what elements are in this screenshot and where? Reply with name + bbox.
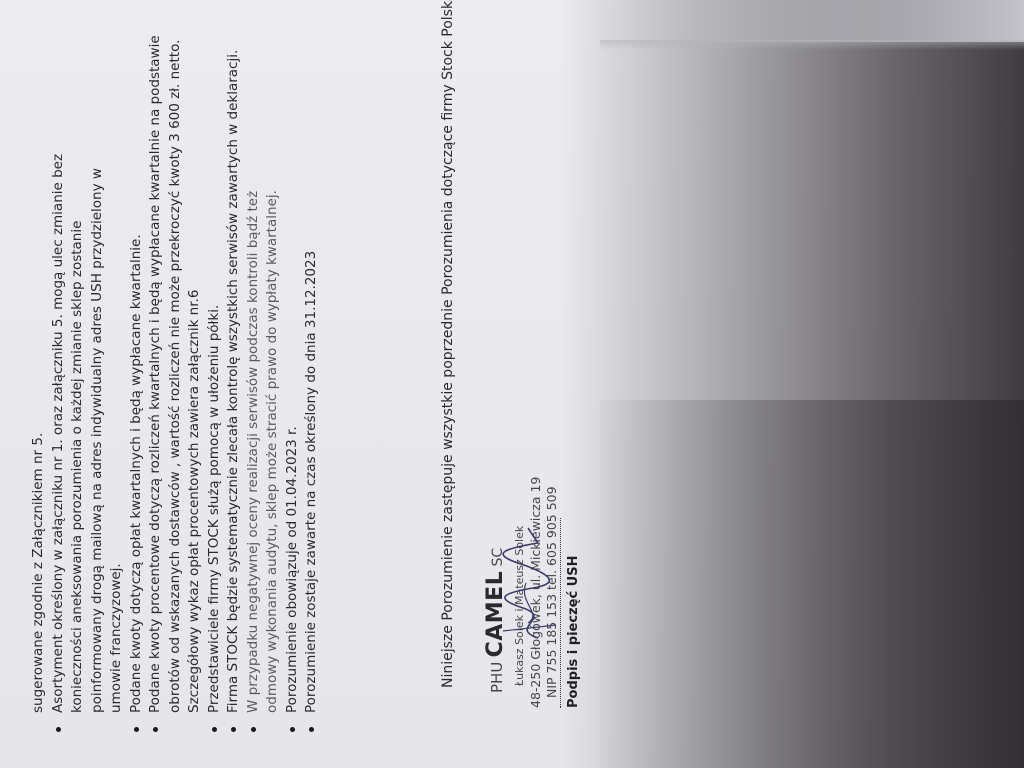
agreement-line: Podane kwoty dotyczą opłat kwartalnych i… [128, 234, 144, 713]
agreement-line: Porozumienie obowiązuje od 01.04.2023 r. [284, 426, 300, 713]
agreement-line: umowie franczyzowej. [108, 563, 124, 713]
agreement-line: konieczności aneksowania porozumienia o … [69, 221, 85, 713]
paper-edge-highlight [640, 0, 1024, 42]
bullet-point [153, 727, 158, 732]
agreement-line: obrotów od wskazanych dostawców , wartoś… [167, 40, 183, 713]
document-content: sugerowane zgodnie z Załącznikiem nr 5.A… [0, 0, 620, 768]
bullet-point [309, 727, 314, 732]
closing-statement: Niniejsze Porozumienie zastępuje wszystk… [440, 0, 456, 688]
bullet-point [56, 727, 61, 732]
signature-label: Podpis i pieczęć USH [566, 556, 582, 708]
agreement-line: Podane kwoty procentowe dotyczą rozlicze… [147, 35, 163, 713]
agreement-line: odmowy wykonania audytu, sklep może stra… [264, 190, 280, 713]
paper-edge-shadow [600, 40, 1024, 50]
hand-shadow [600, 400, 1024, 768]
agreement-line: Szczegółowy wykaz opłat procentowych zaw… [186, 290, 202, 713]
handwritten-signature [498, 523, 558, 643]
agreement-line: sugerowane zgodnie z Załącznikiem nr 5. [30, 433, 46, 713]
bullet-point [290, 727, 295, 732]
agreement-line: Asortyment określony w załączniku nr 1. … [50, 154, 66, 713]
bullet-point [212, 727, 217, 732]
agreement-line: Firma STOCK będzie systematycznie zlecał… [225, 50, 241, 713]
agreement-line: Przedstawiciele firmy STOCK służą pomocą… [206, 305, 222, 713]
bullet-point [251, 727, 256, 732]
bullet-point [134, 727, 139, 732]
bullet-point [231, 727, 236, 732]
stamp-prefix: PHU [488, 662, 506, 693]
agreement-line: poinformowany drogą mailową na adres ind… [89, 168, 105, 713]
agreement-line: W przypadku negatywnej oceny realizacji … [245, 191, 261, 713]
document-page: sugerowane zgodnie z Załącznikiem nr 5.A… [0, 0, 620, 768]
signature-line [560, 518, 561, 708]
agreement-line: Porozumienie zostaje zawarte na czas okr… [303, 251, 319, 713]
